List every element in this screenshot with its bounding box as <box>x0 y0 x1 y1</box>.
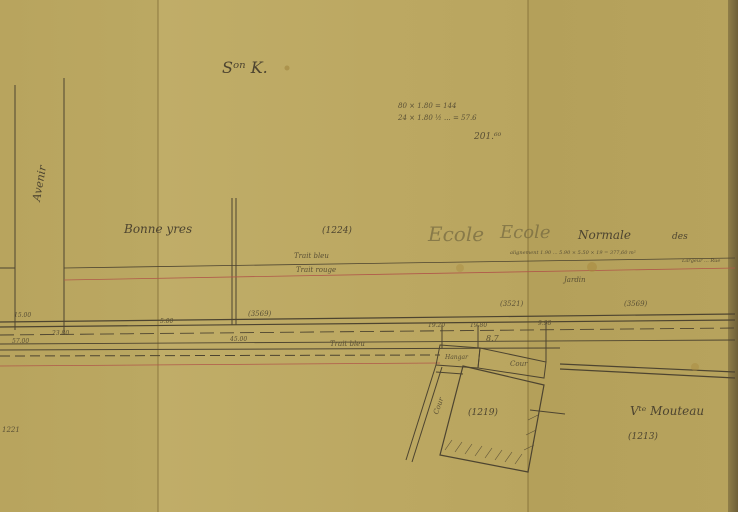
parcel-number-1213: (1213) <box>628 432 658 442</box>
measurement: 19.20 <box>428 322 445 329</box>
label-trait-bleu-top: Trait bleu <box>294 252 329 260</box>
place-name-mouteau: Vᵗᵉ Mouteau <box>630 404 704 418</box>
measurement: 19.80 <box>470 322 487 329</box>
measurement: 5.00 <box>160 318 173 325</box>
label-trait-bleu-bottom: Trait bleu <box>330 340 365 348</box>
measurement: 45.00 <box>230 336 247 343</box>
calc-line-1: 80 × 1.80 = 144 <box>398 102 457 110</box>
street-name-normale: Normale <box>578 228 631 242</box>
measurement: 57.00 <box>12 338 29 345</box>
street-name-bonne: Bonne yres <box>124 222 192 236</box>
cadastral-plan: Sᵒⁿ K. 80 × 1.80 = 144 24 × 1.80 ½ ... =… <box>0 0 738 512</box>
right-note: Largeur ... Rue <box>682 258 720 264</box>
parcel-number-1219: (1219) <box>468 408 498 418</box>
measurement: 9.98 <box>538 320 551 327</box>
building-label-jardin: Jardin <box>564 276 586 284</box>
parcel-number-1224: (1224) <box>322 226 352 236</box>
calc-line-2: 24 × 1.80 ½ ... = 57.6 <box>398 114 477 122</box>
parcel-1219-outline <box>440 366 544 472</box>
parcel-number-1221: 1221 <box>2 426 20 434</box>
measurement: 15.00 <box>14 312 31 319</box>
street-name-ecole-faint: Ecole <box>428 222 484 246</box>
parcel-number-3521: (3521) <box>500 300 523 308</box>
label-trait-rouge: Trait rouge <box>296 266 336 274</box>
red-alignment-line <box>64 268 735 280</box>
measurement: 8.7 <box>486 334 499 343</box>
right-annotation: alignement 1.90 ... 5.90 × 5.50 × 19 = 3… <box>510 250 636 256</box>
street-name-ecole-overwrite: Ecole <box>500 222 550 243</box>
calc-total: 201.⁶⁰ <box>474 132 501 142</box>
section-label: Sᵒⁿ K. <box>222 58 268 77</box>
building-label-cour: Cour <box>510 360 527 368</box>
parcel-number-3569: (3569) <box>248 310 271 318</box>
building-label-hangar: Hangar <box>445 354 468 361</box>
street-name-des: des <box>672 232 688 242</box>
measurement: 23.80 <box>52 330 69 337</box>
parcel-number-3569-right: (3569) <box>624 300 647 308</box>
